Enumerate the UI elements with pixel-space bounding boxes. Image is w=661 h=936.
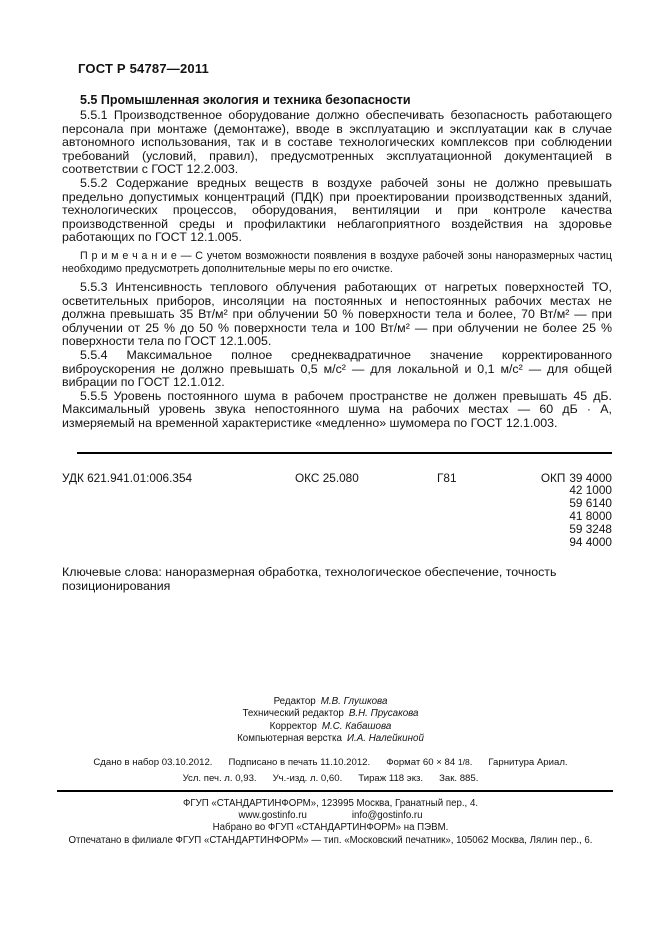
imprint-line: Усл. печ. л. 0,93.Уч.-изд. л. 0,60.Тираж… <box>0 773 661 784</box>
page-content: 5.5 Промышленная экология и техника безо… <box>62 93 612 430</box>
udk-code: УДК 621.941.01:006.354 <box>62 471 192 485</box>
publisher-typeset-note: Набрано во ФГУП «СТАНДАРТИНФОРМ» на ПЭВМ… <box>0 822 661 834</box>
editor-line: Технический редакторВ.Н. Прусакова <box>0 708 661 720</box>
publisher-print-note: Отпечатано в филиале ФГУП «СТАНДАРТИНФОР… <box>0 835 661 847</box>
okp-code-list: 42 1000 59 6140 41 8000 59 3248 94 4000 <box>62 484 612 549</box>
editor-line: КорректорМ.С. Кабашова <box>0 721 661 733</box>
okp-value: 42 1000 <box>62 484 612 497</box>
okp-value: 59 3248 <box>62 523 612 536</box>
editor-line: Компьютерная версткаИ.А. Налейкиной <box>0 733 661 745</box>
imprint-block: Сдано в набор 03.10.2012.Подписано в печ… <box>0 757 661 784</box>
publisher-website: www.gostinfo.ru <box>238 810 306 821</box>
okp-label: ОКП <box>541 471 566 485</box>
okp-value: 41 8000 <box>62 510 612 523</box>
section-heading: 5.5 Промышленная экология и техника безо… <box>62 93 612 107</box>
imprint-usl: Усл. печ. л. 0,93. <box>183 773 257 784</box>
imprint-uch: Уч.-изд. л. 0,60. <box>273 773 343 784</box>
paragraph-5-5-3: 5.5.3 Интенсивность теплового облучения … <box>62 281 612 349</box>
editor-role: Технический редактор <box>242 708 343 719</box>
imprint-zak: Зак. 885. <box>439 773 478 784</box>
imprint-signed-date: Подписано в печать 11.10.2012. <box>228 757 370 768</box>
editors-block: РедакторМ.В. Глушкова Технический редакт… <box>0 696 661 746</box>
imprint-format-suffix: . <box>470 757 473 768</box>
okp-value: 59 6140 <box>62 497 612 510</box>
editor-name: И.А. Налейкиной <box>347 733 424 744</box>
imprint-tirazh: Тираж 118 экз. <box>358 773 423 784</box>
imprint-typeface: Гарнитура Ариал. <box>488 757 567 768</box>
paragraph-5-5-5: 5.5.5 Уровень постоянного шума в рабочем… <box>62 390 612 431</box>
note-paragraph: П р и м е ч а н и е — С учетом возможнос… <box>62 250 612 276</box>
paragraph-5-5-4: 5.5.4 Максимальное полное среднеквадрати… <box>62 349 612 390</box>
imprint-format-fraction: 1/8 <box>458 757 470 767</box>
imprint-set-date: Сдано в набор 03.10.2012. <box>93 757 212 768</box>
publisher-contacts: www.gostinfo.ruinfo@gostinfo.ru <box>0 810 661 822</box>
editor-name: М.В. Глушкова <box>321 696 388 707</box>
publisher-address: ФГУП «СТАНДАРТИНФОРМ», 123995 Москва, Гр… <box>0 798 661 810</box>
horizontal-rule-codes <box>77 452 612 454</box>
classification-codes-row: УДК 621.941.01:006.354 ОКС 25.080 Г81 ОК… <box>62 471 612 485</box>
editor-role: Корректор <box>270 721 317 732</box>
editor-name: В.Н. Прусакова <box>349 708 419 719</box>
imprint-format-prefix: Формат 60 × 84 <box>386 757 455 768</box>
publisher-block: ФГУП «СТАНДАРТИНФОРМ», 123995 Москва, Гр… <box>0 798 661 847</box>
editor-name: М.С. Кабашова <box>322 721 392 732</box>
imprint-line: Сдано в набор 03.10.2012.Подписано в печ… <box>0 757 661 768</box>
class-code: Г81 <box>437 471 457 485</box>
oks-code: ОКС 25.080 <box>295 471 359 485</box>
paragraph-5-5-1: 5.5.1 Производственное оборудование долж… <box>62 109 612 177</box>
keywords-paragraph: Ключевые слова: наноразмерная обработка,… <box>62 566 612 593</box>
publisher-email: info@gostinfo.ru <box>352 810 423 821</box>
running-header: ГОСТ Р 54787—2011 <box>78 61 209 76</box>
paragraph-5-5-2: 5.5.2 Содержание вредных веществ в возду… <box>62 177 612 245</box>
document-page: ГОСТ Р 54787—2011 5.5 Промышленная эколо… <box>0 0 661 936</box>
editor-line: РедакторМ.В. Глушкова <box>0 696 661 708</box>
editor-role: Компьютерная верстка <box>237 733 342 744</box>
editor-role: Редактор <box>274 696 316 707</box>
okp-value: 94 4000 <box>62 536 612 549</box>
horizontal-rule-publisher <box>57 790 613 792</box>
imprint-format: Формат 60 × 84 1/8. <box>386 757 472 768</box>
